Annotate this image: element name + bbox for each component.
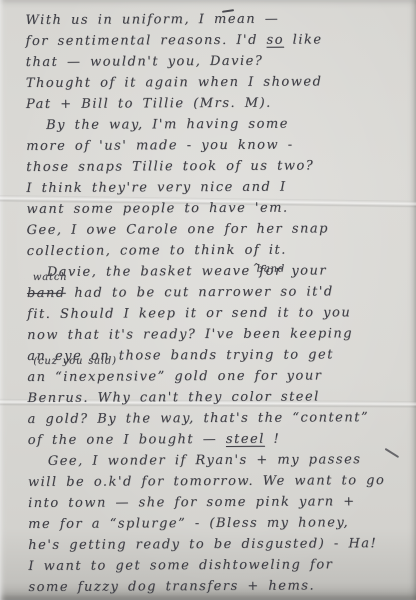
letter-line: some fuzzy dog transfers + hems. (28, 575, 407, 598)
letter-line: Gee, I wonder if Ryan's + my passes (28, 449, 407, 472)
letter-text-segment: some fuzzy dog transfers + hems. (28, 578, 315, 595)
letter-text-segment: will be o.k'd for tomorrow. We want to g… (28, 473, 385, 490)
letter-text-segment: had to be cut narrower so it'd (66, 284, 334, 300)
letter-line: into town — she for some pink yarn + (28, 491, 407, 514)
letter-line: a gold? By the way, that's the “content” (28, 407, 407, 430)
letter-line: I think they're very nice and I (26, 176, 405, 199)
letter-line: of the one I bought — steel ! (28, 428, 407, 451)
letter-text-segment: By the way, I'm having some (46, 117, 289, 133)
insertion-above-line: (cuz you said) (33, 357, 117, 367)
letter-text-segment: fit. Should I keep it or send it to you (27, 305, 351, 322)
letter-line: now that it's ready? I've been keeping (27, 323, 406, 346)
letter-text-segment: gold one for your (166, 368, 323, 384)
letter-text-segment: ! (265, 432, 280, 447)
letter-line: me for a “splurge” - (Bless my honey, (28, 512, 407, 535)
letter-line: Davie, the basket weaveband^ for your (27, 260, 406, 283)
letter-line: want some people to have 'em. (26, 197, 405, 220)
letter-line: more of 'us' made - you know - (26, 134, 405, 157)
letter-text-segment: an “inexpensive” (27, 369, 165, 385)
letter-body: With us in uniform, I mean —for sentimen… (25, 8, 407, 598)
letter-text-segment: want some people to have 'em. (26, 201, 288, 217)
letter-line: will be o.k'd for tomorrow. We want to g… (28, 470, 407, 493)
letter-line: Gee, I owe Carole one for her snap (27, 218, 406, 241)
letter-line: By the way, I'm having some (26, 113, 405, 136)
letter-text-segment: Gee, I wonder if Ryan's + my passes (48, 452, 362, 469)
letter-text-segment: steel (226, 432, 265, 447)
letter-line: (cuz you said)an “inexpensive” gold one … (27, 365, 406, 388)
caret-mark: ^ (253, 258, 262, 279)
letter-line: I want to get some dishtoweling for (28, 554, 407, 577)
letter-text-segment: for sentimental reasons. I'd (26, 33, 267, 49)
letter-text-segment: into town — she for some pink yarn + (28, 494, 356, 511)
insertion-above-line: watch (33, 273, 68, 283)
letter-text-segment: Pat + Bill to Tillie (Mrs. M). (26, 96, 272, 112)
letter-text-segment: a gold? By the way, that's the “content” (28, 410, 370, 427)
letter-line: Pat + Bill to Tillie (Mrs. M). (26, 92, 405, 115)
letter-text-segment: that — wouldn't you, Davie? (26, 54, 264, 70)
inserted-word: watchband (27, 283, 66, 304)
letter-text-segment: like (284, 32, 323, 47)
letter-text-segment: band (27, 286, 66, 301)
letter-text-segment: I want to get some dishtoweling for (28, 557, 333, 574)
letter-text-segment: I think they're very nice and I (26, 180, 286, 196)
letter-line: that — wouldn't you, Davie? (26, 50, 405, 73)
letter-text-segment: now that it's ready? I've been keeping (27, 326, 353, 343)
letter-text-segment: so (266, 33, 284, 48)
letter-line: collection, come to think of it. (27, 239, 406, 262)
letter-line: fit. Should I keep it or send it to you (27, 302, 406, 325)
letter-line: he's getting ready to be disgusted) - Ha… (28, 533, 407, 556)
letter-line: watchband had to be cut narrower so it'd (27, 281, 406, 304)
letter-text-segment: of the one I bought — (28, 432, 226, 448)
letter-text-segment: Gee, I owe Carole one for her snap (27, 221, 329, 238)
letter-text-segment: With us in uniform, I mean — (25, 12, 279, 28)
letter-text-segment: more of 'us' made - you know - (26, 138, 294, 154)
letter-text-segment: Thought of it again when I showed (26, 74, 323, 91)
letter-text-segment: he's getting ready to be disgusted) - Ha… (28, 536, 377, 553)
letter-line: Thought of it again when I showed (26, 71, 405, 94)
letter-line: those snaps Tillie took of us two? (26, 155, 405, 178)
letter-text-segment: those snaps Tillie took of us two? (26, 158, 314, 175)
letter-line: Benrus. Why can't they color steel (27, 386, 406, 409)
inserted-word: (cuz you said)an “inexpensive” (27, 366, 165, 388)
letter-paper: With us in uniform, I mean —for sentimen… (0, 0, 416, 600)
letter-text-segment: Davie, the basket weave (47, 264, 251, 280)
letter-text-segment: collection, come to think of it. (27, 243, 287, 259)
letter-line: With us in uniform, I mean — (25, 8, 404, 31)
letter-text-segment: me for a “splurge” - (Bless my honey, (28, 515, 349, 532)
letter-line: for sentimental reasons. I'd so like (26, 29, 405, 52)
letter-text-segment: Benrus. Why can't they color steel (27, 389, 319, 406)
